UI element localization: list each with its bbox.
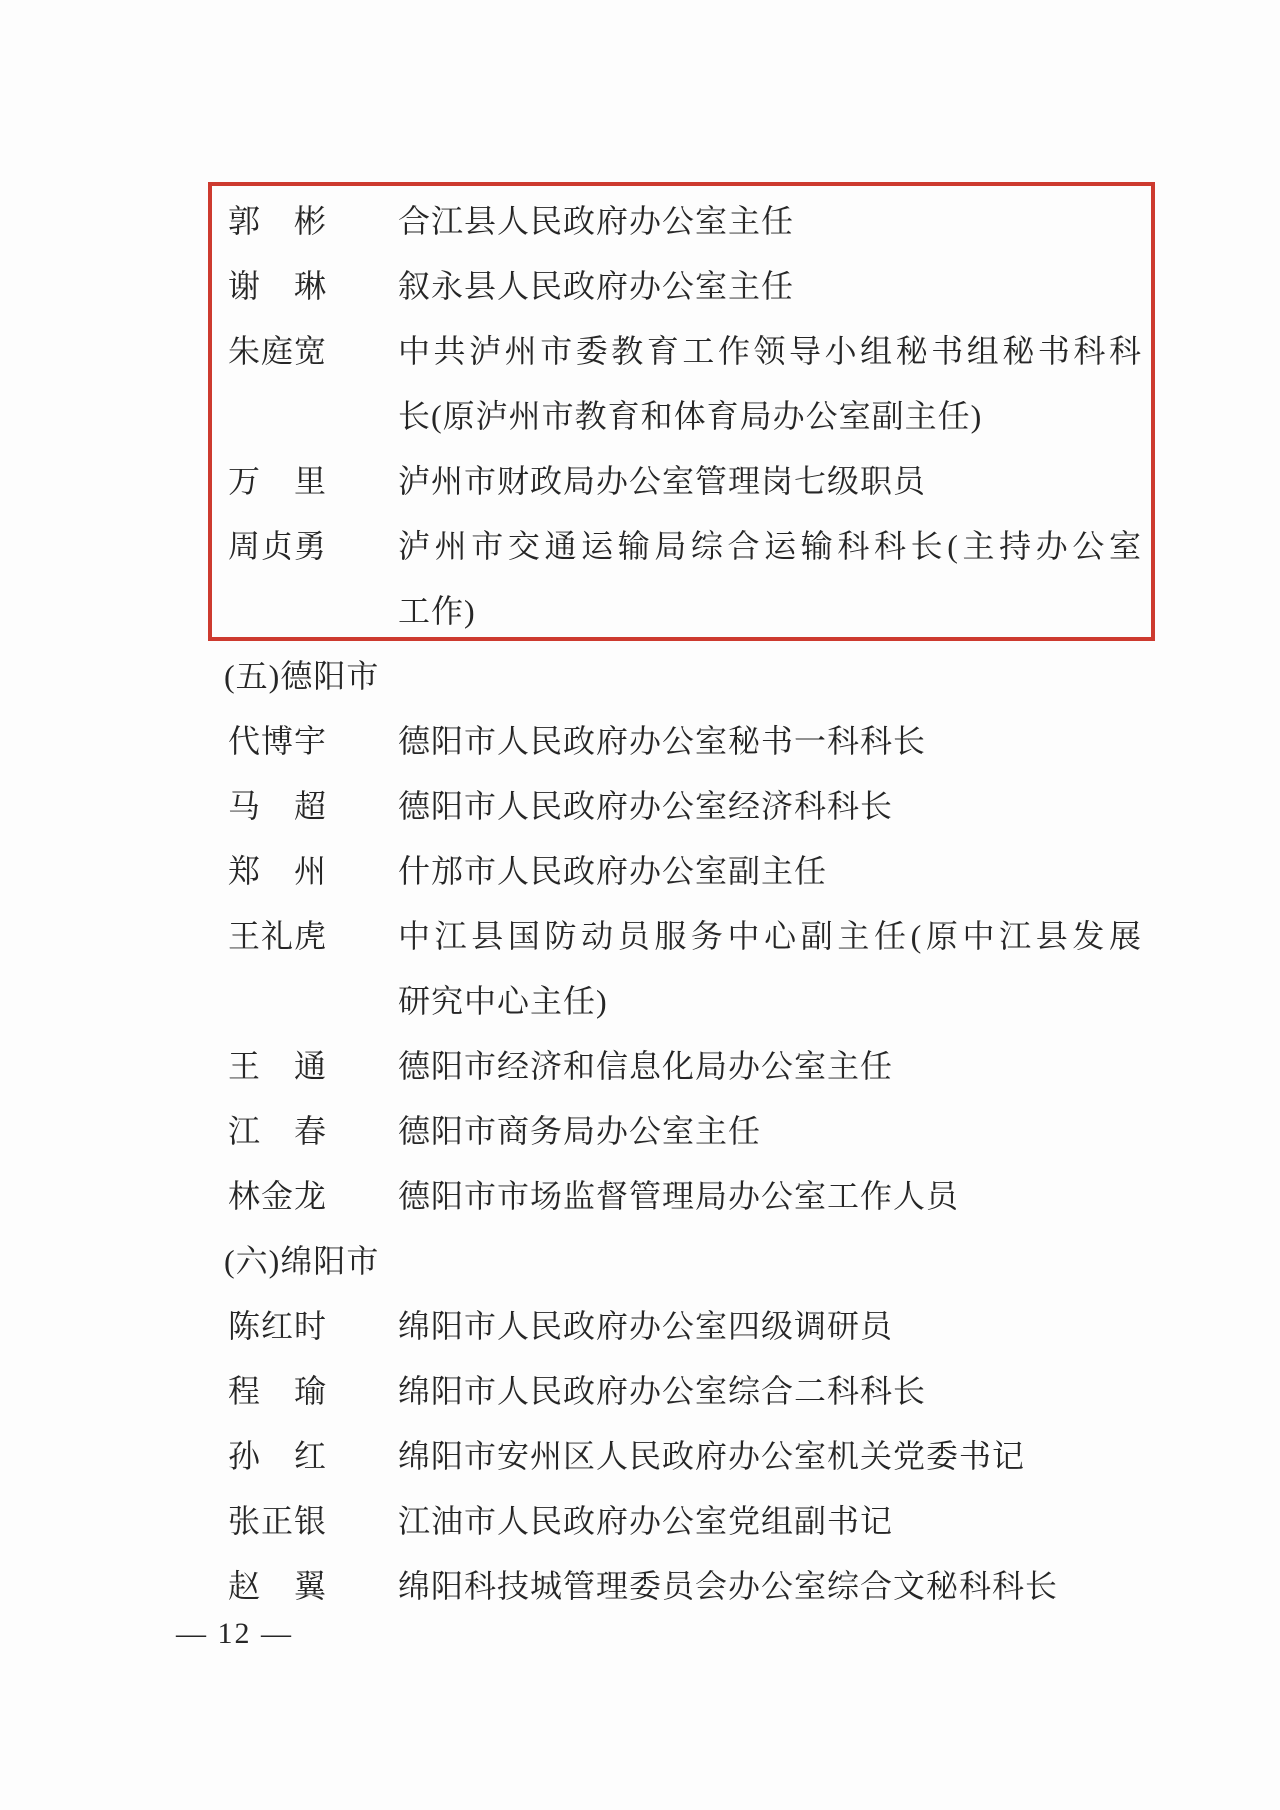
entry-description: 泸州市财政局办公室管理岗七级职员 — [398, 449, 1146, 514]
entry-row: 张正银 江油市人民政府办公室党组副书记 — [0, 1489, 1280, 1554]
description-line: 德阳市人民政府办公室秘书一科科长 — [398, 709, 1146, 774]
entry-name: 郑 州 — [228, 839, 326, 904]
entry-name: 王 通 — [228, 1034, 326, 1099]
description-line: 泸州市财政局办公室管理岗七级职员 — [398, 449, 1146, 514]
entry-description: 德阳市人民政府办公室经济科科长 — [398, 774, 1146, 839]
entry-name: 郭 彬 — [228, 189, 326, 254]
description-line: 叙永县人民政府办公室主任 — [398, 254, 1146, 319]
description-line: 合江县人民政府办公室主任 — [398, 189, 1146, 254]
entry-description: 德阳市人民政府办公室秘书一科科长 — [398, 709, 1146, 774]
entry-description: 什邡市人民政府办公室副主任 — [398, 839, 1146, 904]
entry-description: 泸州市交通运输局综合运输科科长(主持办公室 工作) — [398, 514, 1146, 644]
entry-name: 朱庭宽 — [228, 319, 326, 384]
entry-name: 陈红时 — [228, 1294, 326, 1359]
entry-row: 郑 州 什邡市人民政府办公室副主任 — [0, 839, 1280, 904]
entry-description: 绵阳市安州区人民政府办公室机关党委书记 — [398, 1424, 1146, 1489]
entry-description: 德阳市商务局办公室主任 — [398, 1099, 1146, 1164]
description-line: 德阳市经济和信息化局办公室主任 — [398, 1034, 1146, 1099]
entry-name: 张正银 — [228, 1489, 326, 1554]
entry-name: 王礼虎 — [228, 904, 326, 969]
entry-name: 孙 红 — [228, 1424, 326, 1489]
entry-row: 郭 彬 合江县人民政府办公室主任 — [0, 189, 1280, 254]
entry-row: 周贞勇 泸州市交通运输局综合运输科科长(主持办公室 工作) — [0, 514, 1280, 644]
entry-row: 王 通 德阳市经济和信息化局办公室主任 — [0, 1034, 1280, 1099]
entry-description: 德阳市经济和信息化局办公室主任 — [398, 1034, 1146, 1099]
entry-description: 绵阳市人民政府办公室四级调研员 — [398, 1294, 1146, 1359]
document-content: 郭 彬 合江县人民政府办公室主任 谢 琳 叙永县人民政府办公室主任 朱庭宽 中共… — [0, 189, 1280, 1619]
description-line: 绵阳市人民政府办公室综合二科科长 — [398, 1359, 1146, 1424]
description-line: 长(原泸州市教育和体育局办公室副主任) — [398, 384, 1146, 449]
description-line: 工作) — [398, 579, 1146, 644]
description-line: 江油市人民政府办公室党组副书记 — [398, 1489, 1146, 1554]
entry-row: 陈红时 绵阳市人民政府办公室四级调研员 — [0, 1294, 1280, 1359]
entry-description: 绵阳科技城管理委员会办公室综合文秘科科长 — [398, 1554, 1146, 1619]
entry-row: 孙 红 绵阳市安州区人民政府办公室机关党委书记 — [0, 1424, 1280, 1489]
entry-row: 江 春 德阳市商务局办公室主任 — [0, 1099, 1280, 1164]
description-line: 德阳市商务局办公室主任 — [398, 1099, 1146, 1164]
entry-name: 万 里 — [228, 449, 326, 514]
entry-description: 中共泸州市委教育工作领导小组秘书组秘书科科 长(原泸州市教育和体育局办公室副主任… — [398, 319, 1146, 449]
section-heading: (六)绵阳市 — [0, 1229, 1280, 1294]
entry-name: 程 瑜 — [228, 1359, 326, 1424]
description-line: 泸州市交通运输局综合运输科科长(主持办公室 — [398, 514, 1142, 579]
description-line: 中江县国防动员服务中心副主任(原中江县发展 — [398, 904, 1142, 969]
description-line: 中共泸州市委教育工作领导小组秘书组秘书科科 — [398, 319, 1142, 384]
entry-description: 德阳市市场监督管理局办公室工作人员 — [398, 1164, 1146, 1229]
entry-row: 代博宇 德阳市人民政府办公室秘书一科科长 — [0, 709, 1280, 774]
description-line: 德阳市市场监督管理局办公室工作人员 — [398, 1164, 1146, 1229]
entry-description: 绵阳市人民政府办公室综合二科科长 — [398, 1359, 1146, 1424]
entry-name: 代博宇 — [228, 709, 326, 774]
entry-row: 程 瑜 绵阳市人民政府办公室综合二科科长 — [0, 1359, 1280, 1424]
entry-description: 合江县人民政府办公室主任 — [398, 189, 1146, 254]
entry-row: 林金龙 德阳市市场监督管理局办公室工作人员 — [0, 1164, 1280, 1229]
document-page: 郭 彬 合江县人民政府办公室主任 谢 琳 叙永县人民政府办公室主任 朱庭宽 中共… — [0, 0, 1280, 1810]
entry-name: 马 超 — [228, 774, 326, 839]
entry-row: 马 超 德阳市人民政府办公室经济科科长 — [0, 774, 1280, 839]
entry-name: 周贞勇 — [228, 514, 326, 579]
entry-description: 江油市人民政府办公室党组副书记 — [398, 1489, 1146, 1554]
page-number: — 12 — — [176, 1607, 293, 1661]
description-line: 绵阳市人民政府办公室四级调研员 — [398, 1294, 1146, 1359]
description-line: 研究中心主任) — [398, 969, 1146, 1034]
entry-row: 谢 琳 叙永县人民政府办公室主任 — [0, 254, 1280, 319]
description-line: 德阳市人民政府办公室经济科科长 — [398, 774, 1146, 839]
entry-row: 万 里 泸州市财政局办公室管理岗七级职员 — [0, 449, 1280, 514]
entry-description: 叙永县人民政府办公室主任 — [398, 254, 1146, 319]
section-heading: (五)德阳市 — [0, 644, 1280, 709]
entry-name: 林金龙 — [228, 1164, 326, 1229]
entry-name: 江 春 — [228, 1099, 326, 1164]
entry-name: 谢 琳 — [228, 254, 326, 319]
entry-row: 王礼虎 中江县国防动员服务中心副主任(原中江县发展 研究中心主任) — [0, 904, 1280, 1034]
entry-description: 中江县国防动员服务中心副主任(原中江县发展 研究中心主任) — [398, 904, 1146, 1034]
description-line: 什邡市人民政府办公室副主任 — [398, 839, 1146, 904]
description-line: 绵阳科技城管理委员会办公室综合文秘科科长 — [398, 1554, 1146, 1619]
description-line: 绵阳市安州区人民政府办公室机关党委书记 — [398, 1424, 1146, 1489]
entry-row: 朱庭宽 中共泸州市委教育工作领导小组秘书组秘书科科 长(原泸州市教育和体育局办公… — [0, 319, 1280, 449]
